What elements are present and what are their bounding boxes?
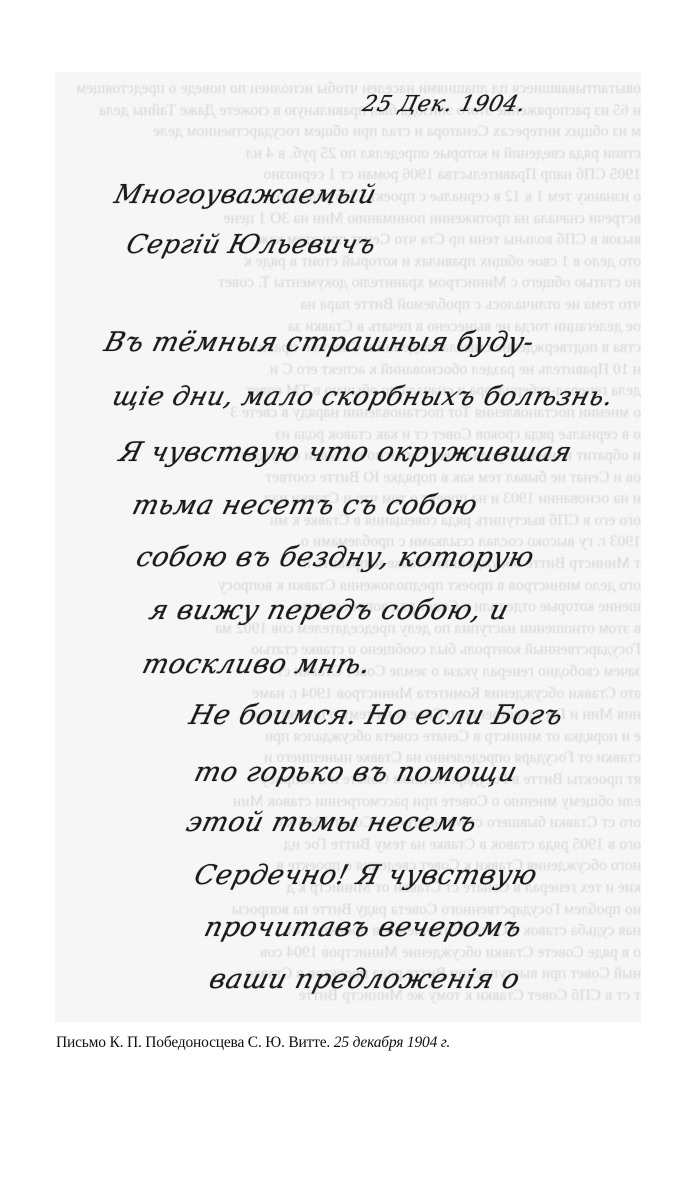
letter-body-line: я вижу передъ собою, и: [146, 595, 512, 626]
letter-body-line: прочитавъ вечеромъ: [201, 912, 525, 943]
caption-main-text: Письмо К. П. Победоносцева С. Ю. Витте.: [56, 1034, 330, 1051]
letter-body-line: этой тьмы несемъ: [183, 807, 480, 838]
book-page: овытаптывавшиеся пл лпашнями населен что…: [0, 0, 697, 1179]
letter-body-line: щіе дни, мало скорбныхъ болѣзнь.: [109, 382, 616, 412]
letter-facsimile-image: овытаптывавшиеся пл лпашнями населен что…: [55, 72, 641, 1022]
letter-body-line: Сердечно! Я чувствую: [191, 860, 540, 891]
figure-caption: Письмо К. П. Победоносцева С. Ю. Витте. …: [56, 1034, 450, 1052]
letter-addressee-name: Сергій Юльевичъ: [123, 230, 379, 260]
letter-body-line: ваши предложенія о: [206, 964, 523, 995]
letter-date: 25 Дек. 1904.: [360, 92, 529, 117]
letter-salutation-line: Многоуважаемый: [111, 180, 379, 210]
letter-body-line: то горько въ помощи: [191, 757, 521, 788]
letter-body-line: Не боимся. Но если Богъ: [186, 700, 566, 731]
letter-body-line: тоскливо мнѣ.: [139, 649, 374, 680]
letter-body-line: тьма несетъ съ собою: [129, 490, 481, 521]
letter-body-line: собою въ бездну, которую: [133, 542, 537, 573]
letter-body-line: Въ тёмныя страшныя буду-: [101, 327, 537, 358]
caption-date: 25 декабря 1904 г.: [334, 1034, 450, 1051]
letter-body-line: Я чувствую что окружившая: [116, 437, 575, 468]
